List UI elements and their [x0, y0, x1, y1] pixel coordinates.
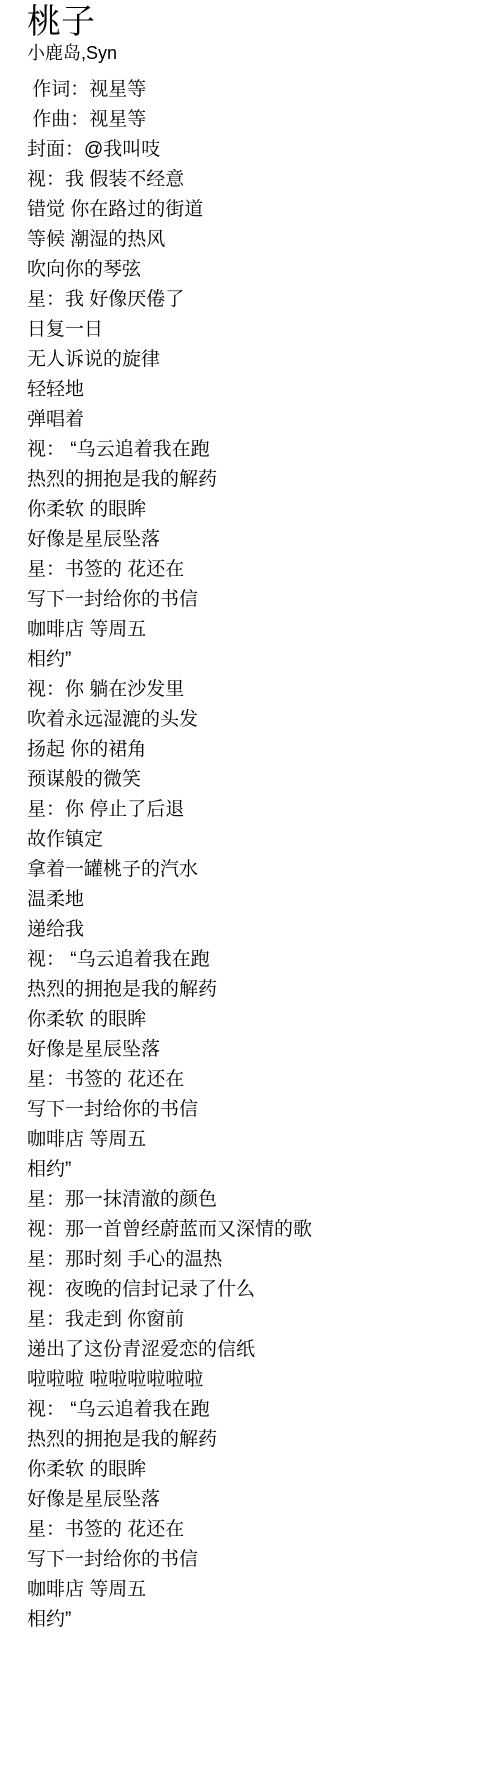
lyric-line: 等候 潮湿的热风 — [27, 225, 480, 255]
lyric-line: 吹着永远湿漉的头发 — [27, 705, 480, 735]
lyrics-page: 桃子 小鹿岛,Syn 作词：视星等 作曲：视星等封面：@我叫吱视：我 假装不经意… — [0, 0, 500, 1635]
lyric-line: 弹唱着 — [27, 405, 480, 435]
lyric-line: 视：那一首曾经蔚蓝而又深情的歌 — [27, 1215, 480, 1245]
lyric-line: 星：那时刻 手心的温热 — [27, 1245, 480, 1275]
lyric-line: 热烈的拥抱是我的解药 — [27, 975, 480, 1005]
song-title: 桃子 — [27, 3, 480, 41]
lyric-line: 作曲：视星等 — [27, 105, 480, 135]
lyric-line: 你柔软 的眼眸 — [27, 495, 480, 525]
song-artists: 小鹿岛,Syn — [27, 42, 480, 64]
lyric-line: 扬起 你的裙角 — [27, 735, 480, 765]
lyric-line: 吹向你的琴弦 — [27, 255, 480, 285]
lyric-line: 视：我 假装不经意 — [27, 165, 480, 195]
lyric-line: 写下一封给你的书信 — [27, 1545, 480, 1575]
lyric-line: 星：书签的 花还在 — [27, 1515, 480, 1545]
lyric-line: 视：你 躺在沙发里 — [27, 675, 480, 705]
lyric-line: 轻轻地 — [27, 375, 480, 405]
lyric-line: 星：你 停止了后退 — [27, 795, 480, 825]
lyric-line: 日复一日 — [27, 315, 480, 345]
lyric-line: 递给我 — [27, 915, 480, 945]
lyrics-body: 作词：视星等 作曲：视星等封面：@我叫吱视：我 假装不经意错觉 你在路过的街道等… — [27, 75, 480, 1635]
lyric-line: 星：我 好像厌倦了 — [27, 285, 480, 315]
lyric-line: 故作镇定 — [27, 825, 480, 855]
lyric-line: 好像是星辰坠落 — [27, 1485, 480, 1515]
lyric-line: 视： “乌云追着我在跑 — [27, 945, 480, 975]
lyric-line: 好像是星辰坠落 — [27, 525, 480, 555]
lyric-line: 咖啡店 等周五 — [27, 615, 480, 645]
lyric-line: 无人诉说的旋律 — [27, 345, 480, 375]
lyric-line: 视： “乌云追着我在跑 — [27, 435, 480, 465]
lyric-line: 你柔软 的眼眸 — [27, 1455, 480, 1485]
lyric-line: 热烈的拥抱是我的解药 — [27, 465, 480, 495]
lyric-line: 好像是星辰坠落 — [27, 1035, 480, 1065]
lyric-line: 视：夜晚的信封记录了什么 — [27, 1275, 480, 1305]
lyric-line: 你柔软 的眼眸 — [27, 1005, 480, 1035]
lyric-line: 作词：视星等 — [27, 75, 480, 105]
lyric-line: 写下一封给你的书信 — [27, 585, 480, 615]
lyric-line: 递出了这份青涩爱恋的信纸 — [27, 1335, 480, 1365]
lyric-line: 相约” — [27, 645, 480, 675]
lyric-line: 啦啦啦 啦啦啦啦啦啦 — [27, 1365, 480, 1395]
lyric-line: 星：我走到 你窗前 — [27, 1305, 480, 1335]
lyric-line: 咖啡店 等周五 — [27, 1125, 480, 1155]
lyric-line: 封面：@我叫吱 — [27, 135, 480, 165]
lyric-line: 相约” — [27, 1155, 480, 1185]
lyric-line: 错觉 你在路过的街道 — [27, 195, 480, 225]
lyric-line: 写下一封给你的书信 — [27, 1095, 480, 1125]
lyric-line: 星：书签的 花还在 — [27, 1065, 480, 1095]
lyric-line: 相约” — [27, 1605, 480, 1635]
lyric-line: 热烈的拥抱是我的解药 — [27, 1425, 480, 1455]
lyric-line: 拿着一罐桃子的汽水 — [27, 855, 480, 885]
lyric-line: 星：书签的 花还在 — [27, 555, 480, 585]
lyric-line: 温柔地 — [27, 885, 480, 915]
lyric-line: 视： “乌云追着我在跑 — [27, 1395, 480, 1425]
lyric-line: 预谋般的微笑 — [27, 765, 480, 795]
lyric-line: 咖啡店 等周五 — [27, 1575, 480, 1605]
lyric-line: 星：那一抹清澈的颜色 — [27, 1185, 480, 1215]
